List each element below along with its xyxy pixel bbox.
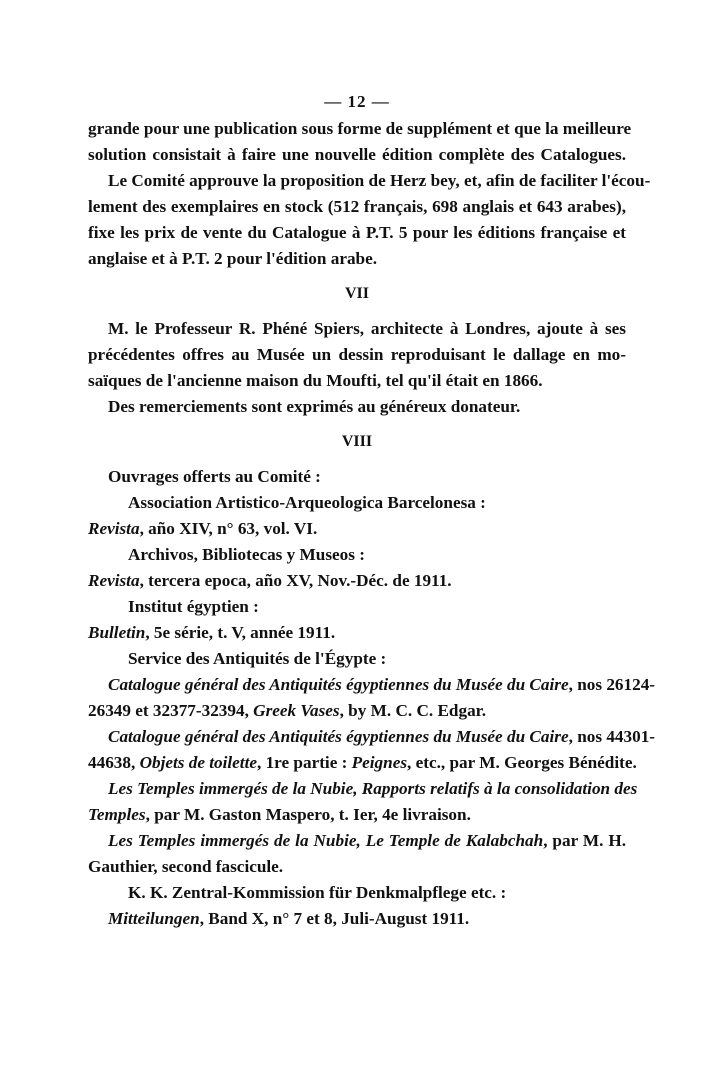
text-line: grande pour une publication sous forme d… xyxy=(88,116,626,142)
donor-name: Association Artistico-Arqueologica Barce… xyxy=(88,490,626,516)
donor-name: Service des Antiquités de l'Égypte : xyxy=(88,646,626,672)
text-line: fixe les prix de vente du Catalogue à P.… xyxy=(88,220,626,246)
text-line: précédentes offres au Musée un dessin re… xyxy=(88,342,626,368)
text-line: solution consistait à faire une nouvelle… xyxy=(88,142,626,168)
section-heading-vii: VII xyxy=(88,272,626,316)
page-number: — 12 — xyxy=(88,88,626,116)
publication-title: Bulletin xyxy=(88,623,145,642)
publication-title: Revista xyxy=(88,571,140,590)
text-line: M. le Professeur R. Phéné Spiers, archit… xyxy=(88,316,626,342)
publication-entry-cont: 44638, Objets de toilette, 1re partie : … xyxy=(88,750,626,776)
publication-entry: Catalogue général des Antiquités égyptie… xyxy=(88,724,626,750)
publication-title: Revista xyxy=(88,519,140,538)
paragraph-catalogues: grande pour une publication sous forme d… xyxy=(88,116,626,272)
donor-name: K. K. Zentral-Kommission für Denkmalpfle… xyxy=(88,880,626,906)
publication-entry: Les Temples immergés de la Nubie, Le Tem… xyxy=(88,828,626,854)
publication-entry: Les Temples immergés de la Nubie, Rappor… xyxy=(88,776,626,802)
paragraph-spiers: M. le Professeur R. Phéné Spiers, archit… xyxy=(88,316,626,420)
publication-entry: Mitteilungen, Band X, n° 7 et 8, Juli-Au… xyxy=(88,906,626,932)
works-offered-list: Ouvrages offerts au Comité : Association… xyxy=(88,464,626,932)
text-line: anglaise et à P.T. 2 pour l'édition arab… xyxy=(88,246,626,272)
donor-name: Archivos, Bibliotecas y Museos : xyxy=(88,542,626,568)
text-line: Le Comité approuve la proposition de Her… xyxy=(88,168,626,194)
text-line: Des remerciements sont exprimés au génér… xyxy=(88,394,626,420)
publication-entry: Bulletin, 5e série, t. V, année 1911. xyxy=(88,620,626,646)
text-line: lement des exemplaires en stock (512 fra… xyxy=(88,194,626,220)
text-line: saïques de l'ancienne maison du Moufti, … xyxy=(88,368,626,394)
publication-entry-cont: Temples, par M. Gaston Maspero, t. Ier, … xyxy=(88,802,626,828)
publication-entry: Revista, tercera epoca, año XV, Nov.-Déc… xyxy=(88,568,626,594)
section-heading-viii: VIII xyxy=(88,420,626,464)
document-page: — 12 — grande pour une publication sous … xyxy=(88,88,626,932)
publication-entry: Catalogue général des Antiquités égyptie… xyxy=(88,672,626,698)
publication-entry: Revista, año XIV, n° 63, vol. VI. xyxy=(88,516,626,542)
donor-name: Institut égyptien : xyxy=(88,594,626,620)
publication-entry-cont: Gauthier, second fascicule. xyxy=(88,854,626,880)
list-intro: Ouvrages offerts au Comité : xyxy=(88,464,626,490)
publication-title: Mitteilungen xyxy=(108,909,200,928)
publication-entry-cont: 26349 et 32377-32394, Greek Vases, by M.… xyxy=(88,698,626,724)
